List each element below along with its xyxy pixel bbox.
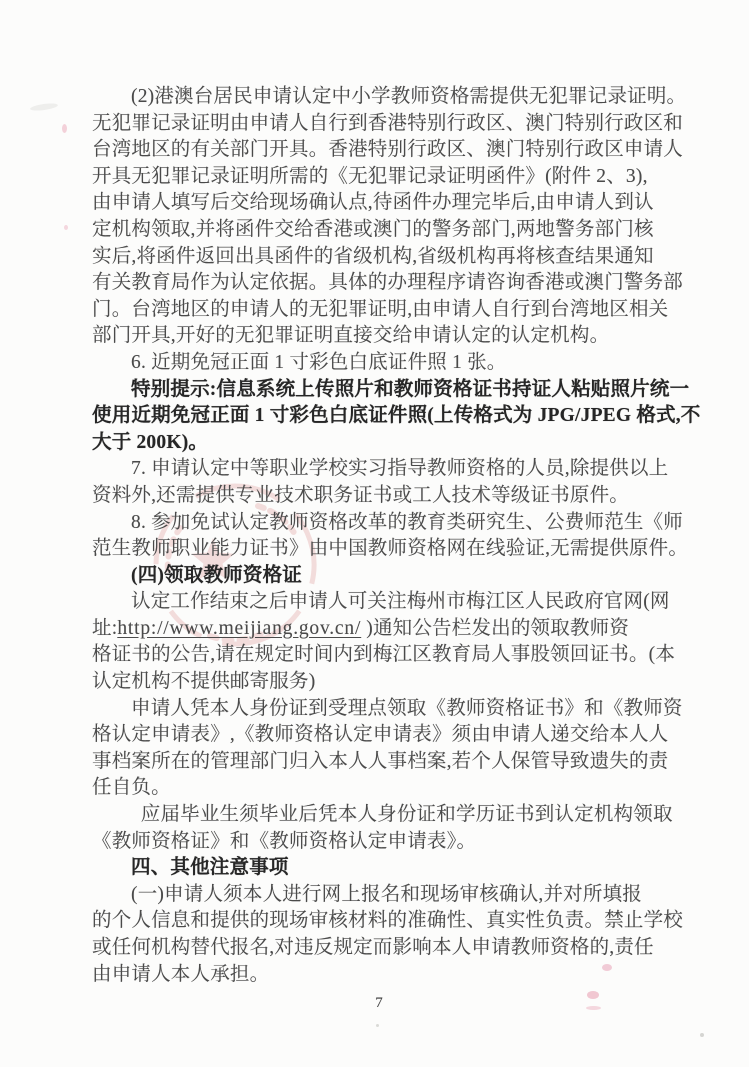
text-line-11: 6. 近期免冠正面 1 寸彩色白底证件照 1 张。 — [92, 350, 704, 377]
pink-smudge — [64, 225, 68, 230]
text-line-10: 部门开具,开好的无犯罪证明直接交给申请认定的认定机构。 — [92, 323, 704, 350]
text-line-17: 8. 参加免试认定教师资格改革的教育类研究生、公费师范生《师 — [92, 510, 704, 537]
text-line-29: 《教师资格证》和《教师资格认定申请表》。 — [92, 829, 704, 856]
text-line-8: 有关教育局作为认定依据。具体的办理程序请咨询香港或澳门警务部 — [92, 270, 704, 297]
text-line-1: (2)港澳台居民申请认定中小学教师资格需提供无犯罪记录证明。 — [92, 84, 704, 111]
text-line-20: 认定工作结束之后申请人可关注梅州市梅江区人民政府官网(网 — [92, 589, 704, 616]
text-line-3: 台湾地区的有关部门开具。香港特别行政区、澳门特别行政区申请人 — [92, 137, 704, 164]
text-line-4: 开具无犯罪记录证明所需的《无犯罪记录证明函件》(附件 2、3), — [92, 164, 704, 191]
text-line-15: 7. 申请认定中等职业学校实习指导教师资格的人员,除提供以上 — [92, 456, 704, 483]
gray-smudge — [30, 102, 59, 112]
text-line-22: 格证书的公告,请在规定时间内到梅江区教育局人事股领回证书。(本 — [92, 642, 704, 669]
document-text-block: (2)港澳台居民申请认定中小学教师资格需提供无犯罪记录证明。无犯罪记录证明由申请… — [92, 84, 704, 988]
text-line-12: 特别提示:信息系统上传照片和教师资格证书持证人粘贴照片统一 — [92, 377, 704, 404]
text-line-24: 申请人凭本人身份证到受理点领取《教师资格证书》和《教师资 — [92, 696, 704, 723]
text-line-30: 四、其他注意事项 — [92, 855, 704, 882]
text-line-18: 范生教师职业能力证书》由中国教师资格网在线验证,无需提供原件。 — [92, 536, 704, 563]
text-line-21: 址:http://www.meijiang.gov.cn/ )通知公告栏发出的领… — [92, 616, 704, 643]
text-line-14: 大于 200K)。 — [92, 430, 704, 457]
text-line-28: 应届毕业生须毕业后凭本人身份证和学历证书到认定机构领取 — [92, 802, 704, 829]
text-line-33: 或任何机构替代报名,对违反规定而影响本人申请教师资格的,责任 — [92, 935, 704, 962]
gray-smudge — [376, 1024, 379, 1027]
text-line-23: 认定机构不提供邮寄服务) — [92, 669, 704, 696]
text-line-5: 由申请人填写后交给现场确认点,待函件办理完毕后,由申请人到认 — [92, 190, 704, 217]
url-tail: )通知公告栏发出的领取教师资 — [361, 618, 629, 639]
text-line-26: 事档案所在的管理部门归入本人人事档案,若个人保管导致遗失的责 — [92, 749, 704, 776]
pink-smudge — [62, 124, 67, 133]
text-line-27: 任自负。 — [92, 775, 704, 802]
text-line-13: 使用近期免冠正面 1 寸彩色白底证件照(上传格式为 JPG/JPEG 格式,不 — [92, 403, 704, 430]
text-line-6: 定机构领取,并将函件交给香港或澳门的警务部门,两地警务部门核 — [92, 217, 704, 244]
scanned-document-page: (2)港澳台居民申请认定中小学教师资格需提供无犯罪记录证明。无犯罪记录证明由申请… — [0, 0, 749, 1067]
text-line-2: 无犯罪记录证明由申请人自行到香港特别行政区、澳门特别行政区和 — [92, 111, 704, 138]
text-line-25: 格认定申请表》,《教师资格认定申请表》须由申请人递交给本人人 — [92, 722, 704, 749]
text-line-32: 的个人信息和提供的现场审核材料的准确性、真实性负责。禁止学校 — [92, 908, 704, 935]
text-line-9: 门。台湾地区的申请人的无犯罪证明,由申请人自行到台湾地区相关 — [92, 297, 704, 324]
text-line-16: 资料外,还需提供专业技术职务证书或工人技术等级证书原件。 — [92, 483, 704, 510]
text-line-31: (一)申请人须本人进行网上报名和现场审核确认,并对所填报 — [92, 882, 704, 909]
gray-smudge — [700, 1033, 704, 1037]
text-line-19: (四)领取教师资格证 — [92, 563, 704, 590]
page-number: 7 — [0, 995, 749, 1012]
url-label: 址: — [92, 618, 117, 639]
text-line-7: 实后,将函件返回出具函件的省级机构,省级机构再将核查结果通知 — [92, 244, 704, 271]
text-line-34: 由申请人本人承担。 — [92, 962, 704, 989]
meijiang-url: http://www.meijiang.gov.cn/ — [117, 618, 361, 639]
